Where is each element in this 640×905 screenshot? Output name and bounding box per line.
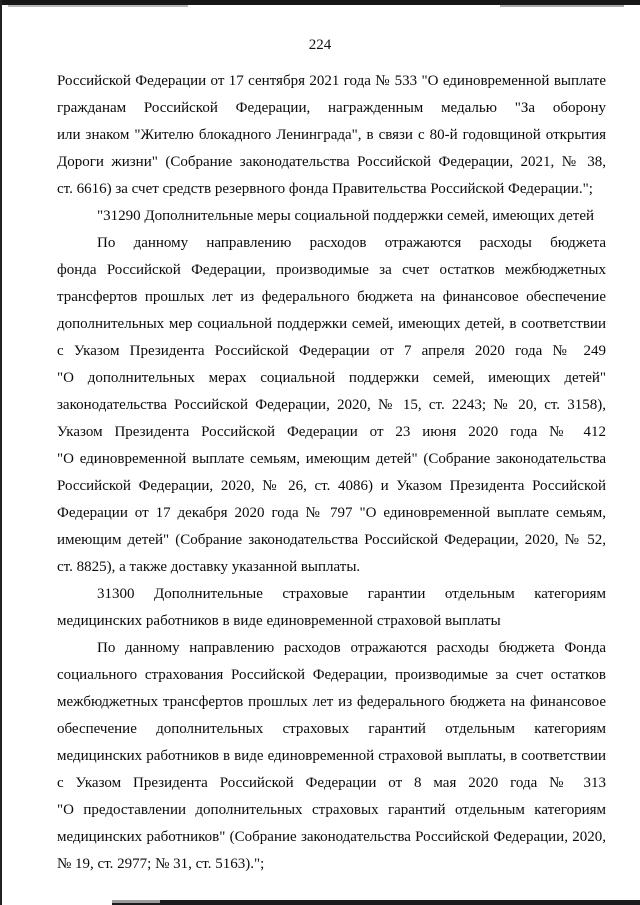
text-line: обеспечение дополнительных страховых гар…: [57, 716, 606, 743]
text-line: с Указом Президента Российской Федерации…: [57, 770, 606, 797]
text-line: или знаком "Жителю блокадного Ленинграда…: [57, 122, 606, 149]
text-line: 31300 Дополнительные страховые гарантии …: [57, 581, 606, 608]
text-line: с Указом Президента Российской Федерации…: [57, 338, 606, 365]
scan-noise: [112, 900, 160, 903]
text-line: По данному направлению расходов отражают…: [57, 230, 606, 257]
text-line: имеющим детей" (Собрание законодательств…: [57, 527, 606, 554]
text-line: Дороги жизни" (Собрание законодательства…: [57, 149, 606, 176]
text-line: ст. 8825), а также доставку указанной вы…: [57, 554, 606, 581]
text-line: "О единовременной выплате семьям, имеющи…: [57, 446, 606, 473]
text-line: медицинских работников в виде единовреме…: [57, 608, 606, 635]
text-line: Российской Федерации от 17 сентября 2021…: [57, 68, 606, 95]
document-body: Российской Федерации от 17 сентября 2021…: [57, 68, 606, 878]
text-line: "О дополнительных мерах социальной подде…: [57, 365, 606, 392]
text-line: Федерации от 17 декабря 2020 года № 797 …: [57, 500, 606, 527]
text-line: ст. 6616) за счет средств резервного фон…: [57, 176, 606, 203]
text-line: фонда Российской Федерации, производимые…: [57, 257, 606, 284]
text-line: медицинских работников в виде единовреме…: [57, 743, 606, 770]
scan-bottom-edge: [112, 900, 640, 905]
text-line: трансфертов прошлых лет из федерального …: [57, 284, 606, 311]
text-line: межбюджетных трансфертов прошлых лет из …: [57, 689, 606, 716]
text-line: По данному направлению расходов отражают…: [57, 635, 606, 662]
text-line: медицинских работников" (Собрание законо…: [57, 824, 606, 851]
text-line: законодательства Российской Федерации, 2…: [57, 392, 606, 419]
scan-noise: [8, 5, 188, 7]
text-line: Указом Президента Российской Федерации о…: [57, 419, 606, 446]
text-line: социального страхования Российской Федер…: [57, 662, 606, 689]
text-line: дополнительных мер социальной поддержки …: [57, 311, 606, 338]
scan-left-edge: [0, 0, 2, 905]
text-line: "31290 Дополнительные меры социальной по…: [57, 203, 606, 230]
scan-noise: [500, 5, 624, 7]
text-line: № 19, ст. 2977; № 31, ст. 5163).";: [57, 851, 606, 878]
text-line: "О предоставлении дополнительных страхов…: [57, 797, 606, 824]
text-line: гражданам Российской Федерации, награжде…: [57, 95, 606, 122]
scanned-document-page: 224 Российской Федерации от 17 сентября …: [0, 0, 640, 905]
page-number: 224: [0, 37, 640, 54]
text-line: Российской Федерации, 2020, № 26, ст. 40…: [57, 473, 606, 500]
